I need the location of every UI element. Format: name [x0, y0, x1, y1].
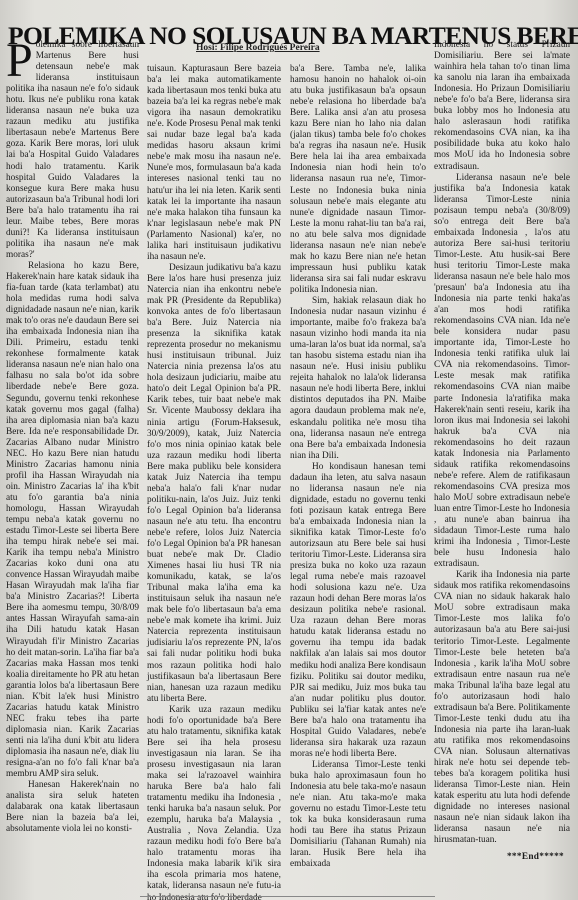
paragraph: Lideransa nasaun ne'e bele justifika ba'…	[434, 173, 570, 571]
paragraph: ba'a Bere. Tamba ne'e, lalika hamosu han…	[290, 64, 426, 296]
byline: Hosi: Filipe Rodrigués Pereira	[196, 43, 320, 53]
paragraph: Karik iha Indonesia nia parte sidauk mos…	[434, 570, 570, 846]
bottom-rule	[140, 896, 435, 897]
paragraph: Lideransa Timor-Leste tenki buka halo ap…	[290, 760, 426, 870]
newspaper-page: POLEMIKA NO SOLUSAUN BA MARTENUS BERE Ho…	[0, 0, 578, 900]
paragraph: Ho kondisaun hanesan temi dadaun iha let…	[290, 462, 426, 760]
paragraph: Karik uza razaun mediku hodi fo'o oportu…	[147, 705, 281, 900]
paragraph: Sim, hakiak relasaun diak ho Indonesia n…	[290, 296, 426, 462]
column-1: Polemika sobre libertasaun Martenus Bere…	[6, 40, 139, 835]
drop-cap: P	[6, 42, 33, 80]
paragraph: Desizaun judikativu ba'a kazu Bere la'os…	[147, 263, 281, 705]
end-mark: ***End*****	[434, 852, 570, 863]
column-3: ba'a Bere. Tamba ne'e, lalika hamosu han…	[290, 64, 426, 870]
paragraph: Relasiona ho kazu Bere, Hakerek'nain har…	[6, 261, 139, 780]
paragraph: Polemika sobre libertasaun Martenus Bere…	[6, 40, 139, 261]
paragraph: Indonesia ho status Prizaun Domisiliariu…	[434, 40, 570, 173]
paragraph: tuisaun. Kapturasaun Bere bazeia ba'a le…	[147, 64, 281, 263]
column-2: tuisaun. Kapturasaun Bere bazeia ba'a le…	[147, 64, 281, 900]
paragraph: Hanesan Hakerek'nain no analista sira se…	[6, 780, 139, 835]
column-4: Indonesia ho status Prizaun Domisiliariu…	[434, 40, 570, 863]
